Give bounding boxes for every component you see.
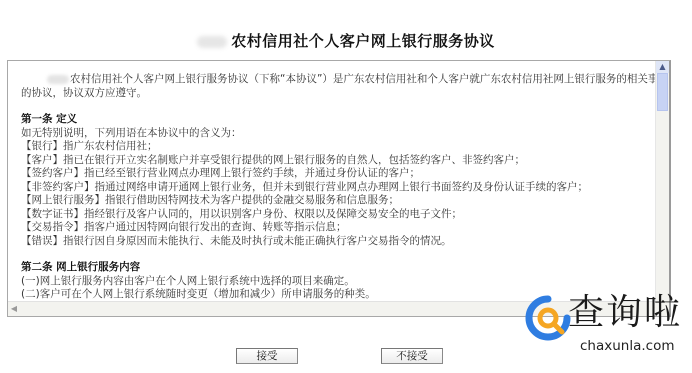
scroll-up-arrow-icon[interactable]: ▲ <box>656 61 669 73</box>
chaxunla-logo-icon <box>525 295 571 341</box>
accept-button[interactable]: 接受 <box>236 348 298 364</box>
section-1-line: 【数字证书】指经银行及客户认同的，用以识别客户身份、权限以及保障交易安全的电子文… <box>21 208 655 222</box>
watermark: 查询啦 chaxunla.com <box>520 283 692 373</box>
redacted-region <box>197 36 227 48</box>
section-2-heading: 第二条 网上银行服务内容 <box>21 261 655 275</box>
vertical-scrollbar[interactable]: ▲ <box>655 61 669 302</box>
agreement-content: 农村信用社个人客户网上银行服务协议（下称“本协议”）是广东农村信用社和个人客户就… <box>8 61 655 302</box>
intro-text-1: 农村信用社个人客户网上银行服务协议（下称“本协议”）是广东农村信用社和个人客户就… <box>70 73 655 85</box>
section-1-line: 【错误】指银行因自身原因而未能执行、未能及时执行或未能正确执行客户交易指令的情况… <box>21 235 655 249</box>
section-1-line: 【交易指令】指客户通过因特网向银行发出的查询、转账等指示信息； <box>21 221 655 235</box>
watermark-domain-text: chaxunla.com <box>580 338 675 354</box>
intro-paragraph-line-1: 农村信用社个人客户网上银行服务协议（下称“本协议”）是广东农村信用社和个人客户就… <box>21 73 655 87</box>
redacted-region <box>47 75 69 84</box>
page-title-text: 农村信用社个人客户网上银行服务协议 <box>231 32 495 50</box>
section-1-line: 【签约客户】指已经至银行营业网点办理网上银行签约手续，并通过身份认证的客户； <box>21 167 655 181</box>
section-1-line: 【银行】指广东农村信用社； <box>21 140 655 154</box>
scroll-left-arrow-icon[interactable]: ◀ <box>8 302 20 315</box>
vertical-scroll-thumb[interactable] <box>657 73 668 111</box>
section-1-heading: 第一条 定义 <box>21 113 655 127</box>
section-1-line: 【非签约客户】指通过网络申请开通网上银行业务，但并未到银行营业网点办理网上银行书… <box>21 181 655 195</box>
section-1-line: 【客户】指已在银行开立实名制账户并享受银行提供的网上银行服务的自然人，包括签约客… <box>21 154 655 168</box>
section-1-line: 如无特别说明，下列用语在本协议中的含义为： <box>21 127 655 141</box>
watermark-chinese-text: 查询啦 <box>568 291 682 335</box>
agreement-frame: 农村信用社个人客户网上银行服务协议（下称“本协议”）是广东农村信用社和个人客户就… <box>7 60 671 317</box>
page-title: 农村信用社个人客户网上银行服务协议 <box>0 30 692 51</box>
section-1-line: 【网上银行服务】指银行借助因特网技术为客户提供的金融交易服务和信息服务； <box>21 194 655 208</box>
intro-paragraph-line-2: 的协议，协议双方应遵守。 <box>21 87 655 101</box>
decline-button[interactable]: 不接受 <box>381 348 443 364</box>
